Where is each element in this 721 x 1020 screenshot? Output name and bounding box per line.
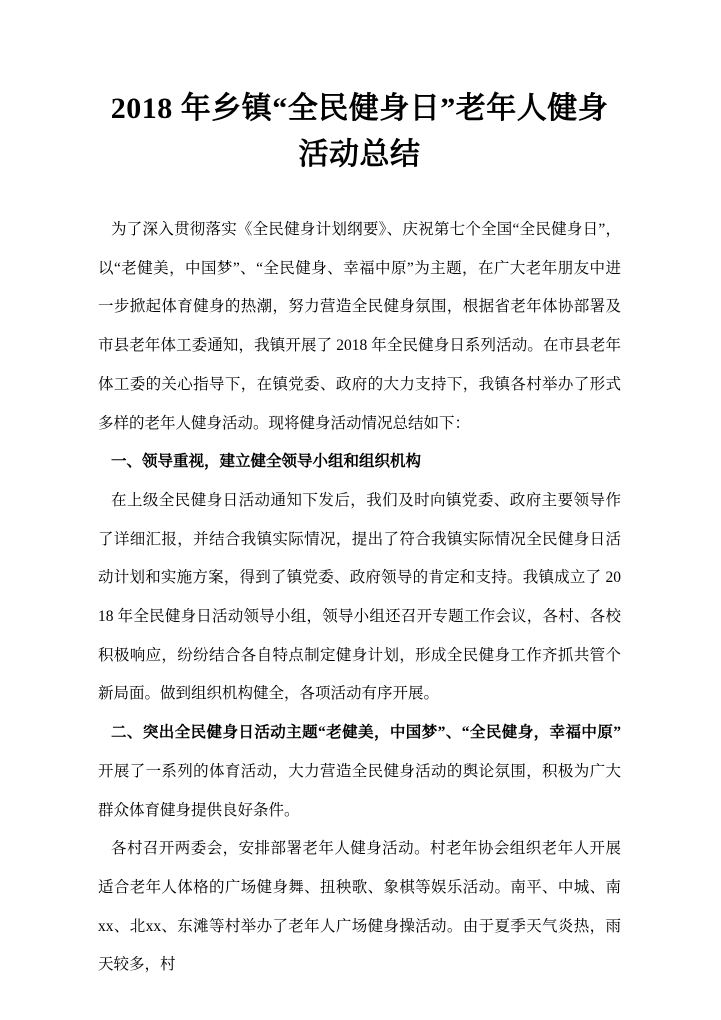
paragraph-section-2: 二、突出全民健身日活动主题“老健美，中国梦”、“全民健身，幸福中原”开展了一系列… [98, 714, 621, 830]
paragraph-village-activities: 各村召开两委会，安排部署老年人健身活动。村老年协会组织老年人开展适合老年人体格的… [98, 830, 621, 985]
section-2-continuation: 开展了一系列的体育活动，大力营造全民健身活动的舆论氛围，积极为广大群众体育健身提… [98, 763, 621, 819]
paragraph-section-1: 在上级全民健身日活动通知下发后，我们及时向镇党委、政府主要领导作了详细汇报，并结… [98, 482, 621, 714]
document-page: 2018 年乡镇“全民健身日”老年人健身活动总结 为了深入贯彻落实《全民健身计划… [0, 0, 721, 1020]
section-heading-2: 二、突出全民健身日活动主题“老健美，中国梦”、“全民健身，幸福中原” [111, 724, 621, 741]
section-heading-1: 一、领导重视，建立健全领导小组和组织机构 [98, 443, 621, 482]
paragraph-intro: 为了深入贯彻落实《全民健身计划纲要》、庆祝第七个全国“全民健身日”，以“老健美，… [98, 211, 621, 443]
document-title: 2018 年乡镇“全民健身日”老年人健身活动总结 [98, 86, 621, 178]
